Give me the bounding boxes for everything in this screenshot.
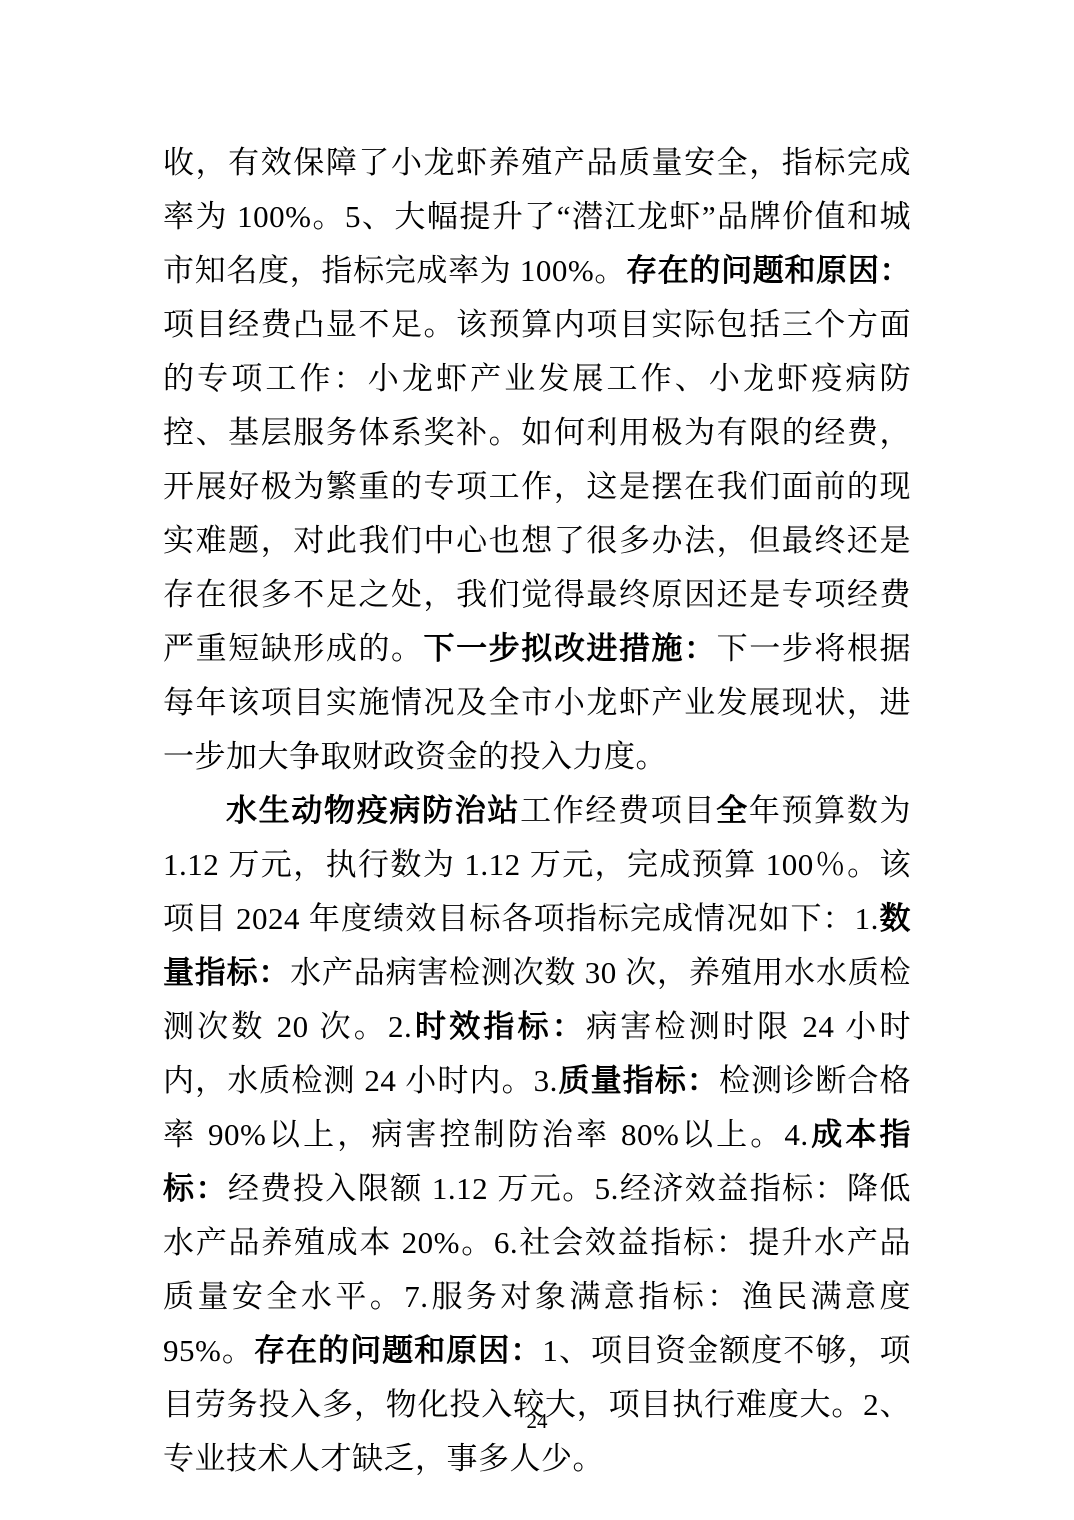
text-segment-bold: 质量指标： (558, 1063, 719, 1098)
paragraph: 收，有效保障了小龙虾养殖产品质量安全，指标完成率为 100%。5、大幅提升了“潜… (163, 136, 911, 784)
text-segment: 项目经费凸显不足。该预算内项目实际包括三个方面的专项工作：小龙虾产业发展工作、小… (163, 307, 911, 666)
text-segment-bold: 水生动物疫病防治站 (226, 793, 520, 828)
text-segment-bold: 全 (716, 793, 749, 828)
text-segment-bold: 存在的问题和原因： (626, 253, 911, 288)
text-segment-bold: 存在的问题和原因： (254, 1333, 542, 1368)
text-segment-bold: 下一步拟改进措施： (424, 631, 717, 666)
paragraph: 水生动物疫病防治站工作经费项目全年预算数为 1.12 万元，执行数为 1.12 … (163, 784, 911, 1486)
text-segment: 工作经费项目 (520, 793, 716, 828)
text-segment-bold: 时效指标： (412, 1009, 586, 1044)
document-body: 收，有效保障了小龙虾养殖产品质量安全，指标完成率为 100%。5、大幅提升了“潜… (163, 136, 911, 1486)
page-number: 24 (0, 1406, 1074, 1436)
